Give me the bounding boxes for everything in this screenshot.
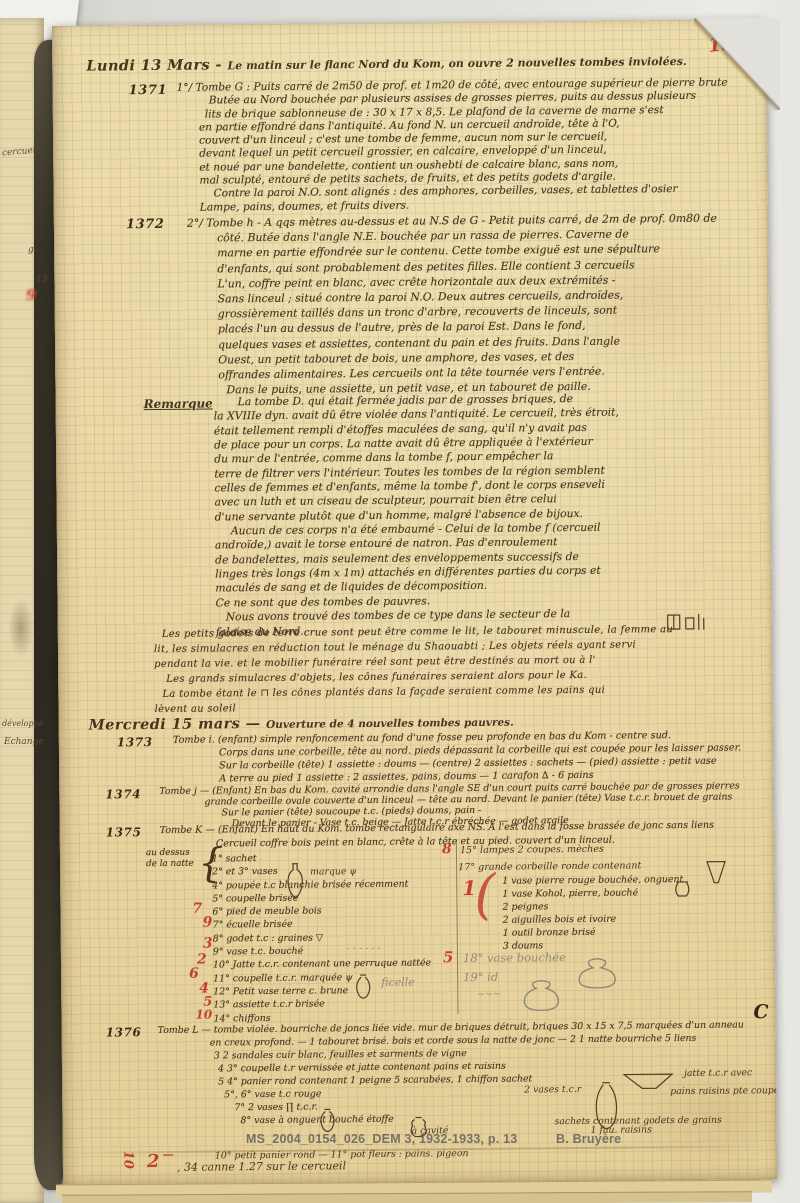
small-jug-sketch [317, 1107, 337, 1133]
red-mark: ( [474, 868, 496, 922]
date-heading-monday: Lundi 13 Mars - Le matin sur le flanc No… [86, 50, 686, 75]
handwritten-line: de la natte [146, 859, 194, 870]
entry-1373-text: Tombe i. (enfant) simple renfoncement au… [173, 728, 742, 785]
frag: 2 vases t.c.r [524, 1085, 581, 1095]
frag: pains raisins pte coupe [670, 1086, 777, 1096]
entry-1375-text: Tombe K — (Enfant) En haut du Kom. tombe… [160, 819, 715, 852]
item-19-pencil: 19° id [463, 970, 498, 984]
jug-sketch [353, 973, 373, 999]
ink-smudge [8, 598, 34, 658]
entry-number-1375: 1375 [106, 825, 142, 839]
red-mark: 8 [442, 842, 452, 856]
entry-number-1376: 1376 [106, 1025, 142, 1039]
entry-1371-text: 1°/ Tombe G : Puits carré de 2m50 de pro… [199, 77, 729, 215]
item-17-contents: 1 vase pierre rouge bouchée, onguent1 va… [502, 874, 684, 953]
remarque-label: Remarque [144, 396, 213, 411]
red-mark: 9 [203, 916, 213, 930]
frag: jatte t.c.r avec [684, 1068, 752, 1078]
item-15: 15° lampes 2 coupes. mèches [460, 844, 604, 856]
sf: g. [28, 246, 37, 255]
red-mark: 10 [121, 1151, 134, 1169]
archive-watermark-id: MS_2004_0154_026_DEM 3, 1932-1933, p. 13 [246, 1132, 517, 1146]
hieroglyph-sketch [666, 612, 710, 632]
red-mark: 3 [203, 937, 213, 951]
handwritten-line: 10° Jatte t.c.r. contenant une perruque … [213, 957, 431, 972]
pencil-vase-sketch [575, 957, 619, 989]
red-mark: 6 [189, 967, 199, 981]
manuscript-page: Lundi 13 Mars - Le matin sur le flanc No… [52, 19, 777, 1186]
notes-text: Les petits godets de terre crue sont peu… [154, 623, 674, 717]
entry-number-1373: 1373 [117, 735, 153, 749]
frag: C [753, 1003, 768, 1022]
folded-corner-shadow [694, 18, 780, 110]
vase-sketch [286, 862, 304, 900]
sf: Echange [4, 738, 44, 747]
handwritten-line: au dessus [146, 848, 194, 859]
heading-text: Ouverture de 4 nouvelles tombes pauvres. [266, 717, 514, 731]
frag: - - - - - - [347, 944, 381, 954]
red-mark: 7 [192, 902, 202, 916]
red-mark: 5 [443, 950, 454, 965]
sf: 13 [36, 276, 47, 285]
red-mark: 10 [195, 1009, 212, 1021]
kohl-pot-sketch [671, 878, 693, 900]
entry-number-1371: 1371 [129, 83, 168, 98]
red-mark: — [163, 1149, 174, 1160]
sf: développé [2, 720, 43, 728]
entry-number-1372: 1372 [126, 217, 165, 232]
notebook-photo: cercueilg.139développéEchange Lundi 13 M… [0, 0, 800, 1203]
frag: , 34 canne 1.27 sur le cercueil [177, 1160, 346, 1173]
pencil-vase-sketch [521, 979, 561, 1011]
ink-fragments-layer: marque ψficelle- - - - - -~~~2 vases t.c… [52, 19, 766, 26]
red-mark: 4 [199, 982, 209, 996]
date-label: Mercredi 15 mars — [89, 715, 261, 734]
entry-1372-text: 2°/ Tombe h - A qqs mètres au-dessus et … [217, 211, 719, 398]
date-label: Lundi 13 Mars - [86, 56, 222, 74]
bowl-sketch [622, 1070, 674, 1092]
frag: ficelle [381, 977, 415, 988]
margin-note-natte: au dessusde la natte [146, 848, 194, 870]
item-18-pencil: 18° vase bouchée [463, 950, 566, 965]
handwritten-line: 1 vase pierre rouge bouchée, onguent [502, 874, 683, 889]
handwritten-line: 4° poupée t.c blanchie brisée récemment [212, 877, 430, 892]
heading-text: Le matin sur le flanc Nord du Kom, on ou… [227, 55, 686, 72]
red-annotations-layer: 1379326451081(510—2 [52, 19, 766, 26]
archive-watermark-author: B. Bruyère [556, 1132, 621, 1146]
frag: marque ψ [310, 867, 357, 877]
frag: ~~~ [477, 990, 500, 1000]
sf: 9 [26, 288, 36, 303]
remarque-text: La tombe D. qui était fermée jadis par d… [214, 392, 622, 640]
red-mark: 2 [197, 953, 207, 967]
red-mark: 2 [147, 1153, 160, 1171]
cone-sketch [705, 860, 727, 886]
entry-number-1374: 1374 [105, 787, 141, 801]
